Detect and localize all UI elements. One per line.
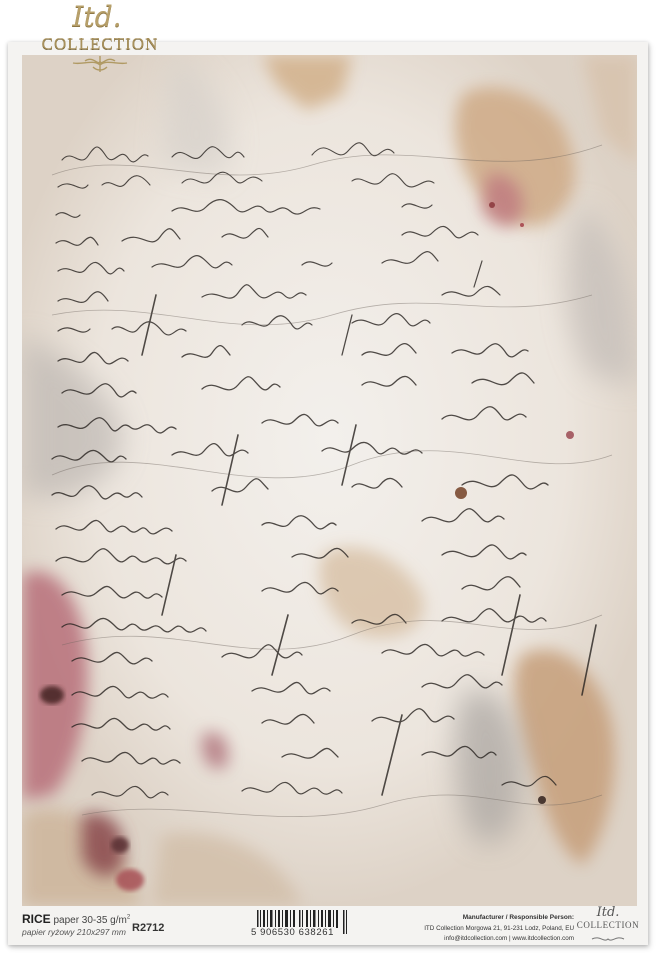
brand-script-small: Itd.	[568, 906, 648, 920]
ornament-small-icon	[588, 935, 628, 943]
brand-logo-top: Itd. COLLECTION	[20, 2, 180, 82]
brand-wordmark: COLLECTION	[20, 35, 180, 53]
product-spec-sup: 2	[127, 915, 130, 921]
product-title: RICE paper 30-35 g/m2	[22, 912, 130, 926]
manufacturer-info: Manufacturer / Responsible Person: ITD C…	[424, 913, 574, 945]
calligraphy-artwork	[22, 55, 637, 906]
manufacturer-address: ITD Collection Morgowa 21, 91-231 Lodz, …	[424, 925, 574, 932]
product-spec: paper 30-35 g/m	[53, 915, 126, 926]
manufacturer-label: Manufacturer / Responsible Person:	[463, 914, 574, 921]
brand-script: Itd.	[14, 2, 180, 32]
artwork-image	[22, 55, 637, 906]
product-code: R2712	[132, 922, 164, 934]
ornament-icon	[55, 53, 145, 75]
product-name: RICE	[22, 912, 51, 926]
brand-wordmark-small: COLLECTION	[568, 920, 648, 930]
barcode-number: 5 906530 638261	[250, 927, 335, 938]
product-subtitle: papier ryżowy 210x297 mm	[22, 927, 126, 937]
brand-logo-bottom: Itd. COLLECTION	[568, 906, 648, 948]
manufacturer-contact: info@itdcollection.com | www.itdcollecti…	[444, 935, 574, 942]
